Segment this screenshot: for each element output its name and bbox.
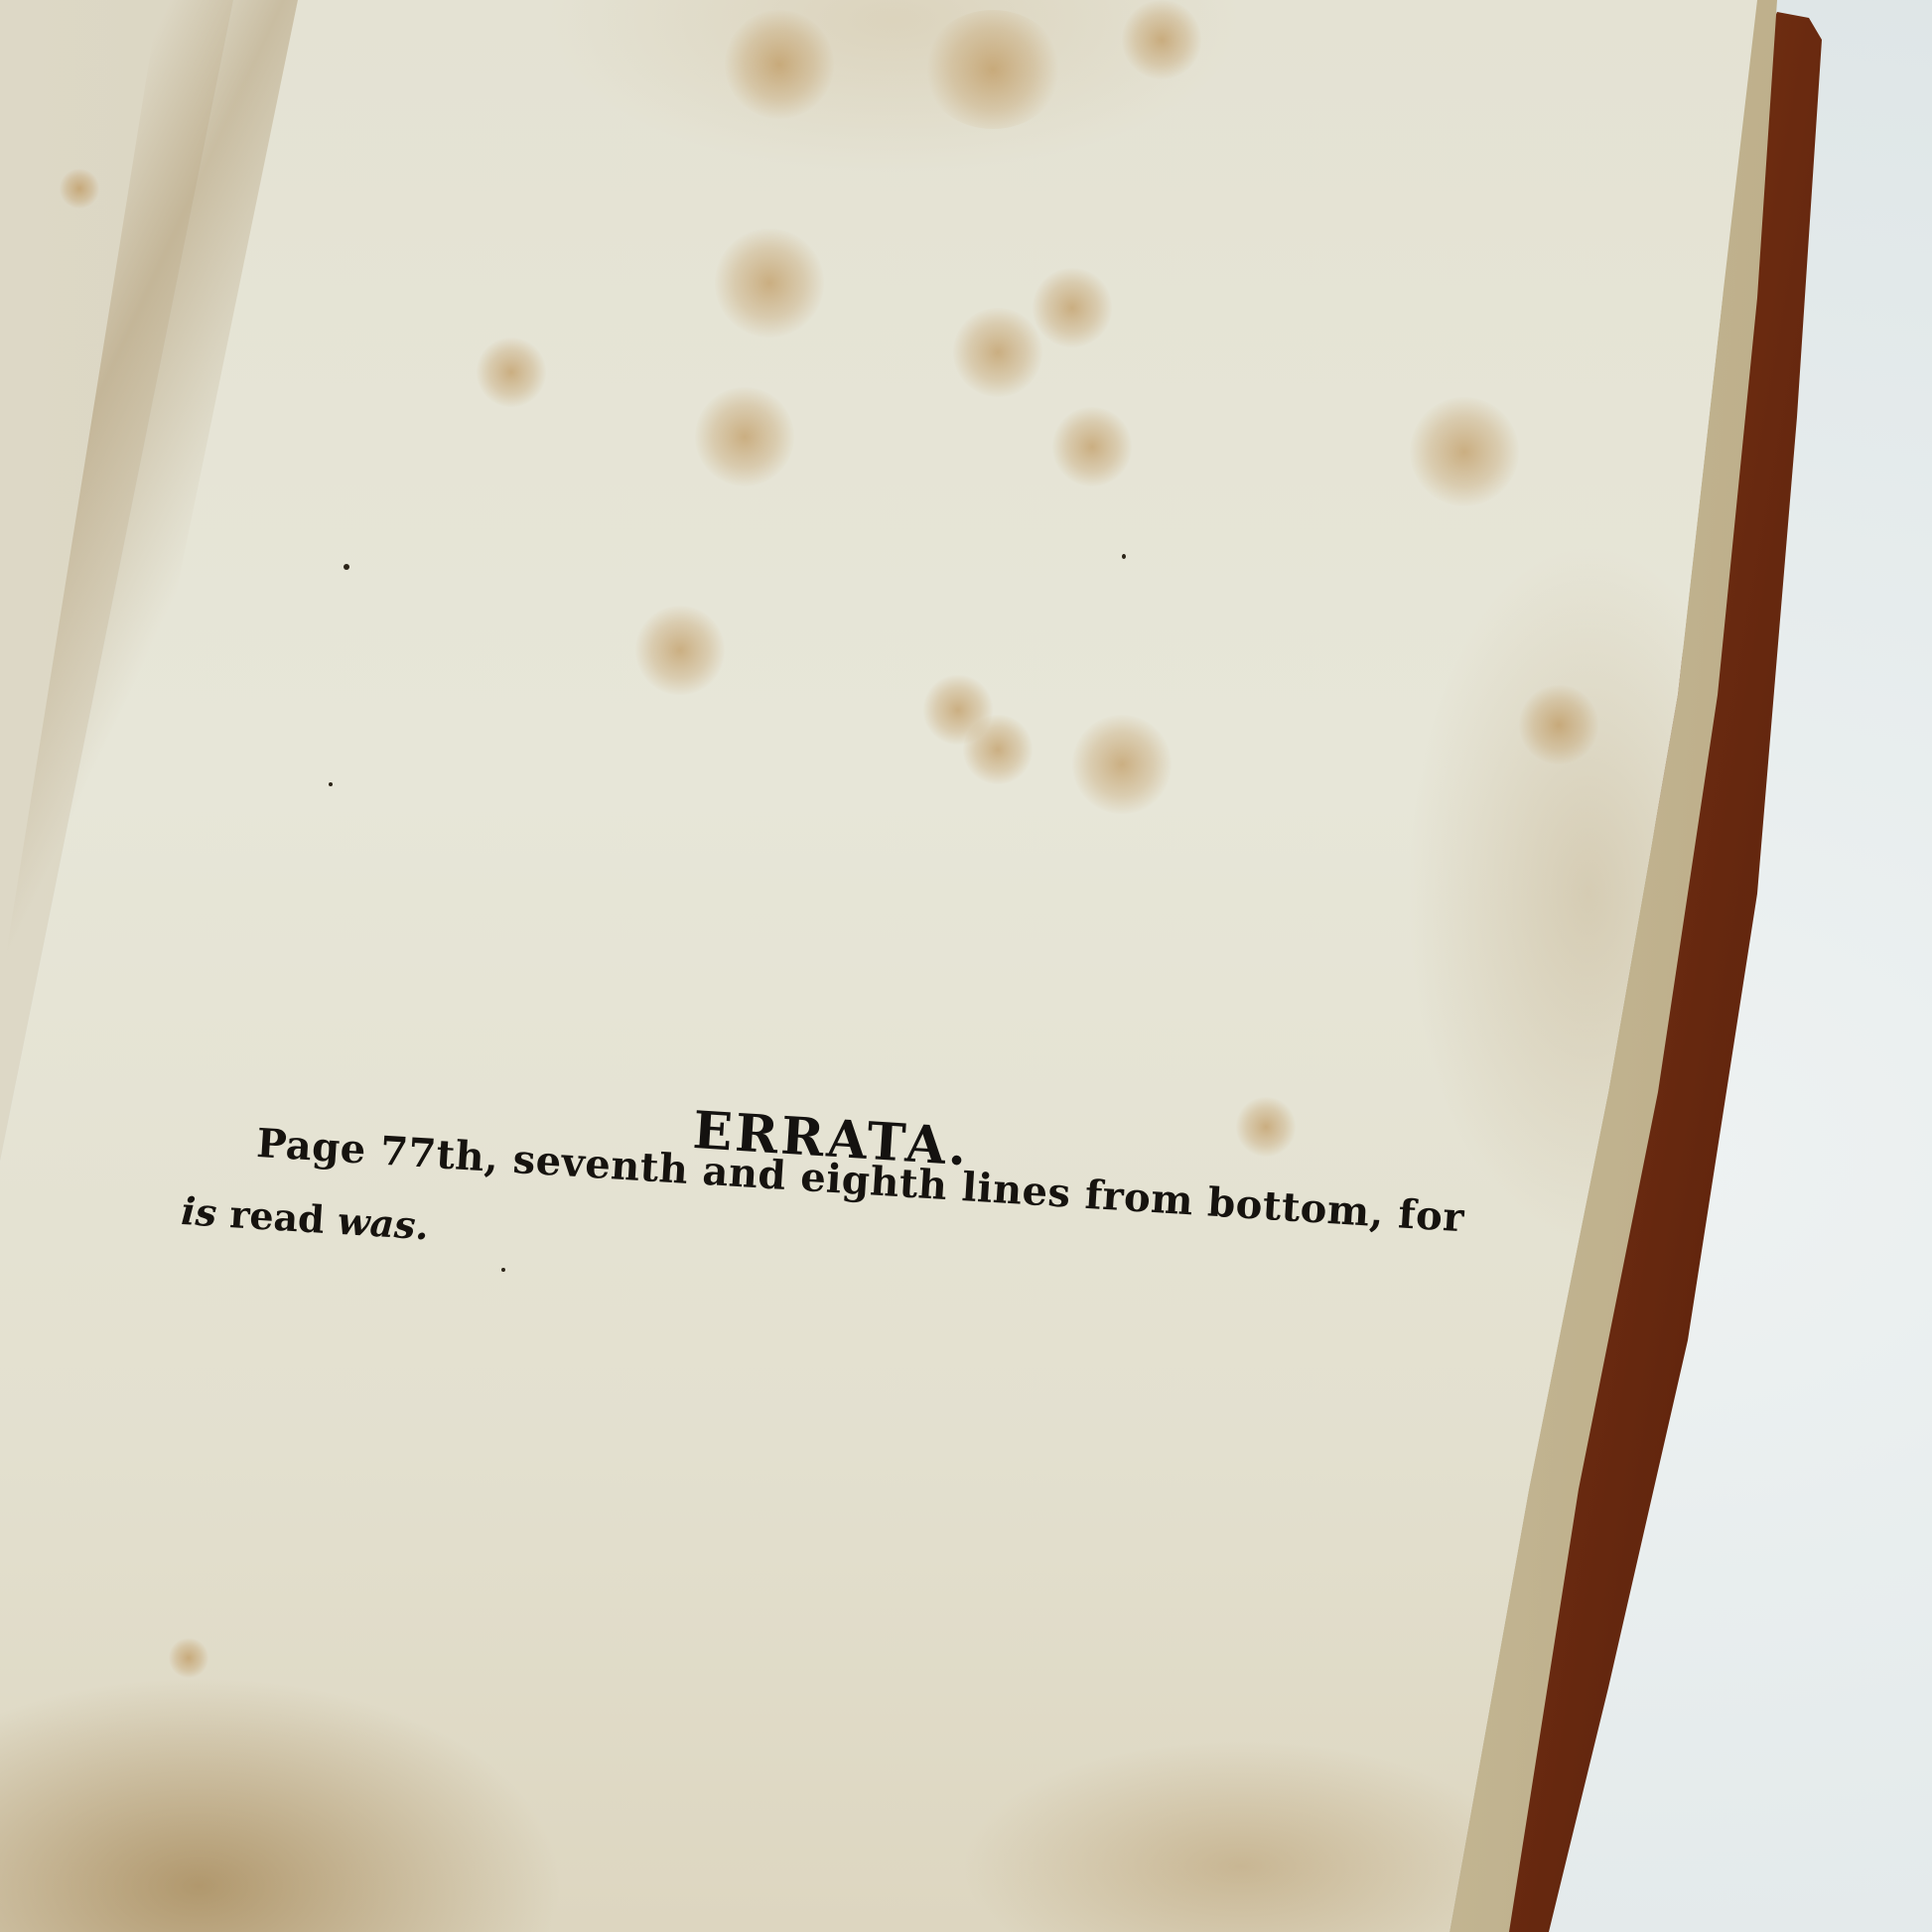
foxing-spot: [695, 387, 794, 486]
foxing-spot: [1122, 0, 1201, 79]
errata-text-block: ERRATA. Page 77th, seventh and eighth li…: [179, 1082, 1420, 1281]
foxing-spot: [715, 228, 824, 338]
foxing-spot: [1052, 407, 1132, 486]
photo-scene: ERRATA. Page 77th, seventh and eighth li…: [0, 0, 1932, 1932]
ink-speck: [344, 564, 349, 570]
foxing-spot: [1072, 715, 1172, 814]
foxing-spot: [953, 308, 1042, 397]
foxing-spot: [1519, 685, 1598, 764]
foxing-spot: [477, 338, 546, 407]
foxing-spot: [60, 169, 99, 208]
foxing-spot: [1410, 397, 1519, 506]
word-is: is: [180, 1188, 218, 1235]
foxing-spot: [963, 715, 1033, 784]
foxing-spot: [725, 10, 834, 119]
errata-line-2: is read was.: [180, 1188, 430, 1248]
word-read: read: [215, 1190, 339, 1242]
foxing-spot: [635, 606, 725, 695]
foxing-spot: [169, 1638, 208, 1678]
ink-speck: [329, 782, 333, 786]
foxing-spot: [1033, 268, 1112, 347]
foxing-spot: [923, 10, 1062, 129]
word-was: was.: [337, 1198, 431, 1249]
ink-speck: [1122, 554, 1126, 559]
